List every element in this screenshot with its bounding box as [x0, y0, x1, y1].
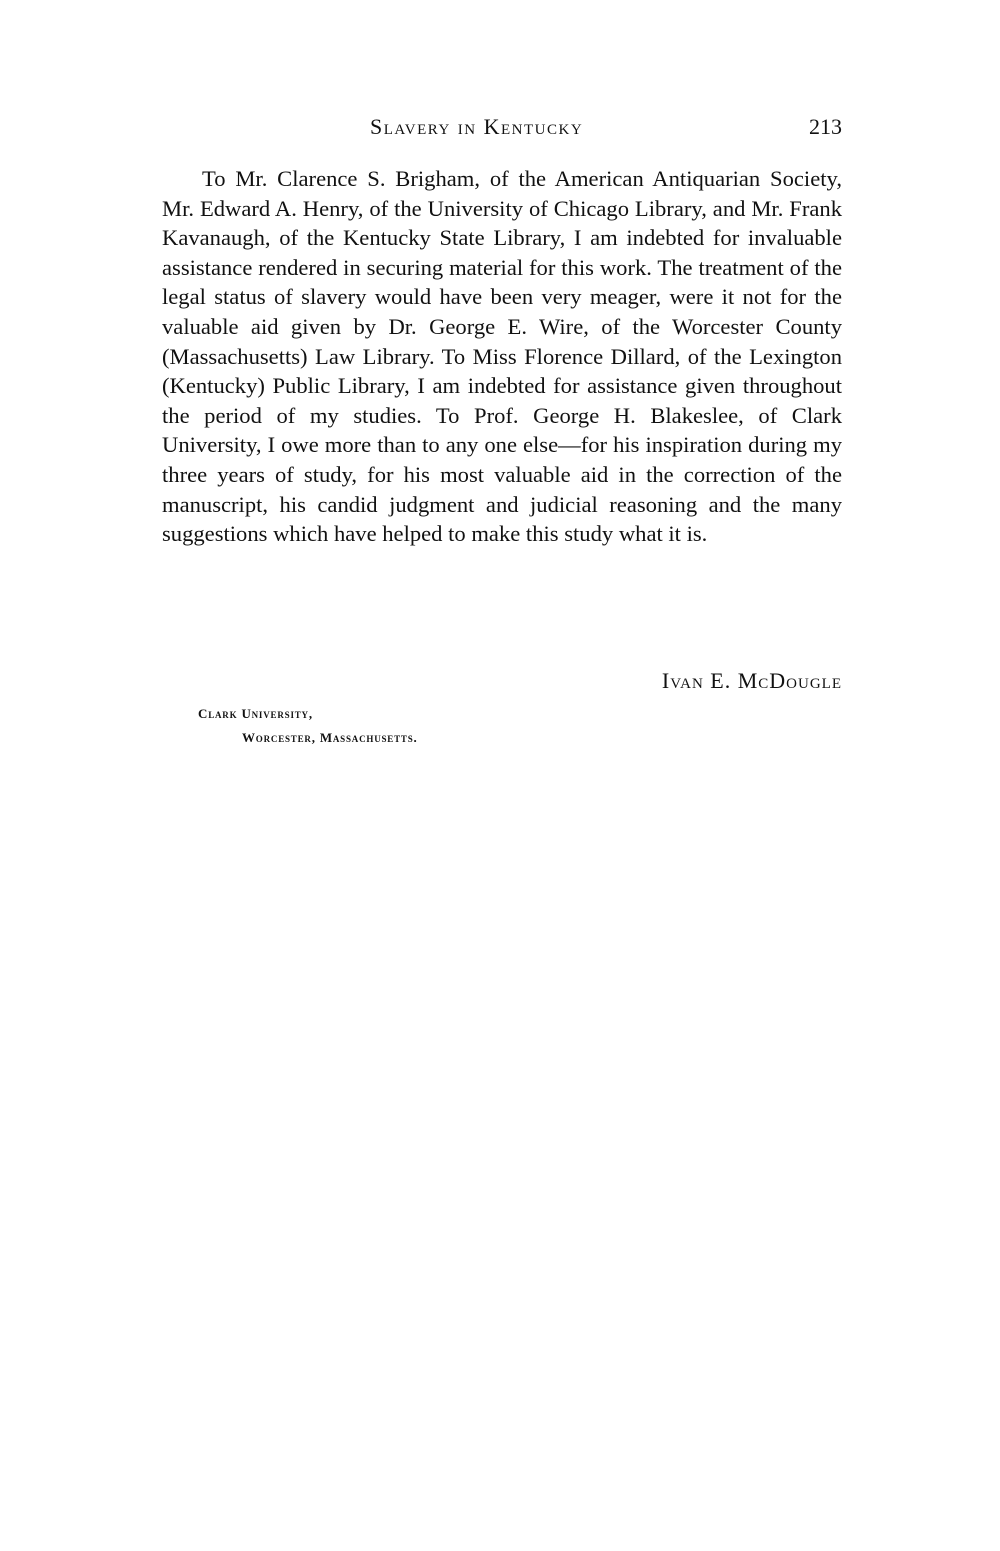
acknowledgment-paragraph: To Mr. Clarence S. Brigham, of the Ameri…: [162, 164, 842, 549]
author-address: Clark University, Worcester, Massachuset…: [198, 702, 418, 750]
author-signature: Ivan E. McDougle: [662, 668, 842, 694]
page-number: 213: [809, 114, 842, 140]
address-line-location: Worcester, Massachusetts.: [198, 726, 418, 750]
running-title: Slavery in Kentucky: [370, 114, 583, 140]
running-head: Slavery in Kentucky 213: [162, 114, 842, 144]
address-line-institution: Clark University,: [198, 702, 418, 726]
